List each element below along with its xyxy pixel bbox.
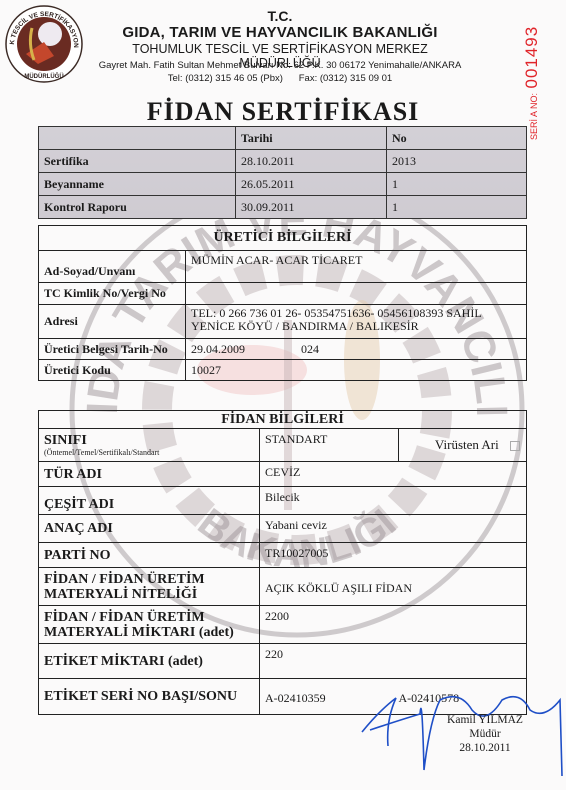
- header-cell-date: Tarihi: [236, 127, 387, 150]
- signer-title: Müdür: [420, 727, 550, 741]
- rootstock-value: Yabani ceviz: [260, 515, 527, 543]
- header-tc: T.C.: [90, 8, 470, 24]
- virus-free-label: Virüsten Ari: [435, 437, 499, 452]
- label-serial-start: A-02410359: [260, 679, 399, 715]
- table-row: ETİKET SERİ NO BAŞI/SONU A-02410359 A-02…: [39, 679, 527, 715]
- table-header-row: Tarihi No: [39, 127, 527, 150]
- header-fax: Fax: (0312) 315 09 01: [299, 73, 392, 84]
- svg-text:MÜDÜRLÜĞÜ: MÜDÜRLÜĞÜ: [24, 72, 63, 80]
- table-row: Beyanname 26.05.2011 1: [39, 173, 527, 196]
- table-row: Adresi TEL: 0 266 736 01 26- 05354751636…: [39, 305, 527, 339]
- table-row: PARTİ NO TR10027005: [39, 543, 527, 568]
- code-label: Üretici Kodu: [39, 360, 186, 381]
- signature-block: Kamil YILMAZ Müdür 28.10.2011: [420, 713, 550, 755]
- quantity-label: FİDAN / FİDAN ÜRETİM MATERYALİ MİKTARI (…: [39, 606, 260, 644]
- address-value: TEL: 0 266 736 01 26- 05354751636- 05456…: [186, 305, 527, 339]
- table-row: FİDAN / FİDAN ÜRETİM MATERYALİ NİTELİĞİ …: [39, 568, 527, 606]
- code-value: 10027: [186, 360, 527, 381]
- row-date: 28.10.2011: [236, 150, 387, 173]
- header-address: Gayret Mah. Fatih Sultan Mehmet Bulvarı …: [90, 60, 470, 71]
- class-value: STANDART: [260, 429, 399, 462]
- header-cell: [39, 127, 236, 150]
- header-contact: Tel: (0312) 315 46 05 (Pbx) Fax: (0312) …: [90, 73, 470, 84]
- table-row: ANAÇ ADI Yabani ceviz: [39, 515, 527, 543]
- table-row: Ad-Soyad/Unvanı MÜMİN ACAR- ACAR TİCARET: [39, 251, 527, 283]
- virus-free-checkbox[interactable]: [510, 441, 520, 451]
- cert-no: 024: [296, 339, 527, 360]
- producer-table: ÜRETİCİ BİLGİLERİ Ad-Soyad/Unvanı MÜMİN …: [38, 225, 527, 381]
- row-label: Beyanname: [39, 173, 236, 196]
- variety-label: ÇEŞİT ADI: [39, 487, 260, 515]
- row-date: 26.05.2011: [236, 173, 387, 196]
- signature-date: 28.10.2011: [420, 741, 550, 755]
- rootstock-label: ANAÇ ADI: [39, 515, 260, 543]
- variety-value: Bilecik: [260, 487, 527, 515]
- quality-value: AÇIK KÖKLÜ AŞILI FİDAN: [260, 568, 527, 606]
- table-row: Kontrol Raporu 30.09.2011 1: [39, 196, 527, 219]
- species-label: TÜR ADI: [39, 462, 260, 487]
- lot-label: PARTİ NO: [39, 543, 260, 568]
- species-value: CEVİZ: [260, 462, 527, 487]
- label-qty-value: 220: [260, 644, 527, 679]
- tax-value: [186, 283, 527, 305]
- class-label: SINIFI: [44, 433, 87, 448]
- table-row: TÜR ADI CEVİZ: [39, 462, 527, 487]
- certificate-table: Tarihi No Sertifika 28.10.2011 2013 Beya…: [38, 126, 527, 219]
- cert-label: Üretici Belgesi Tarih-No: [39, 339, 186, 360]
- class-sublabel: (Öntemel/Temel/Sertifikalı/Standart: [44, 448, 254, 458]
- quantity-value: 2200: [260, 606, 527, 644]
- signer-name: Kamil YILMAZ: [420, 713, 550, 727]
- row-no: 2013: [387, 150, 527, 173]
- row-label: Sertifika: [39, 150, 236, 173]
- name-label: Ad-Soyad/Unvanı: [39, 251, 186, 283]
- table-row: ETİKET MİKTARI (adet) 220: [39, 644, 527, 679]
- quantity-label-line-1: FİDAN / FİDAN ÜRETİM: [44, 610, 254, 625]
- serial-value: 001493: [522, 26, 541, 89]
- label-qty-label: ETİKET MİKTARI (adet): [39, 644, 260, 679]
- row-no: 1: [387, 173, 527, 196]
- table-row: Sertifika 28.10.2011 2013: [39, 150, 527, 173]
- label-serial-end: A-02410578: [399, 679, 527, 715]
- cert-date: 29.04.2009: [186, 339, 297, 360]
- header-ministry: GIDA, TARIM VE HAYVANCILIK BAKANLIĞI: [90, 24, 470, 41]
- table-row: FİDAN / FİDAN ÜRETİM MATERYALİ MİKTARI (…: [39, 606, 527, 644]
- address-line-2: YENİCE KÖYÜ / BANDIRMA / BALIKESİR: [191, 320, 521, 333]
- address-label: Adresi: [39, 305, 186, 339]
- class-label-cell: SINIFI (Öntemel/Temel/Sertifikalı/Standa…: [39, 429, 260, 462]
- header-tel: Tel: (0312) 315 46 05 (Pbx): [168, 73, 283, 84]
- producer-section-title: ÜRETİCİ BİLGİLERİ: [39, 226, 527, 251]
- row-date: 30.09.2011: [236, 196, 387, 219]
- quality-label: FİDAN / FİDAN ÜRETİM MATERYALİ NİTELİĞİ: [39, 568, 260, 606]
- sapling-section-title: FİDAN BİLGİLERİ: [39, 411, 527, 429]
- directorate-logo: TOHUMLUK TESCİL VE SERTİFİKASYON MERKEZ …: [4, 4, 84, 84]
- quality-label-line-1: FİDAN / FİDAN ÜRETİM: [44, 572, 254, 587]
- row-no: 1: [387, 196, 527, 219]
- quantity-label-line-2: MATERYALİ MİKTARI (adet): [44, 625, 254, 640]
- row-label: Kontrol Raporu: [39, 196, 236, 219]
- virus-free-cell: Virüsten Ari: [399, 429, 527, 462]
- table-row: TC Kimlik No/Vergi No: [39, 283, 527, 305]
- label-serial-label: ETİKET SERİ NO BAŞI/SONU: [39, 679, 260, 715]
- sapling-table: FİDAN BİLGİLERİ SINIFI (Öntemel/Temel/Se…: [38, 410, 527, 715]
- header-cell-no: No: [387, 127, 527, 150]
- table-row: ÇEŞİT ADI Bilecik: [39, 487, 527, 515]
- tax-label: TC Kimlik No/Vergi No: [39, 283, 186, 305]
- table-row: Üretici Belgesi Tarih-No 29.04.2009 024: [39, 339, 527, 360]
- lot-value: TR10027005: [260, 543, 527, 568]
- table-row: Üretici Kodu 10027: [39, 360, 527, 381]
- name-value: MÜMİN ACAR- ACAR TİCARET: [186, 251, 527, 283]
- table-row: SINIFI (Öntemel/Temel/Sertifikalı/Standa…: [39, 429, 527, 462]
- quality-label-line-2: MATERYALİ NİTELİĞİ: [44, 587, 254, 602]
- document-title: FİDAN SERTİFİKASI: [0, 97, 566, 127]
